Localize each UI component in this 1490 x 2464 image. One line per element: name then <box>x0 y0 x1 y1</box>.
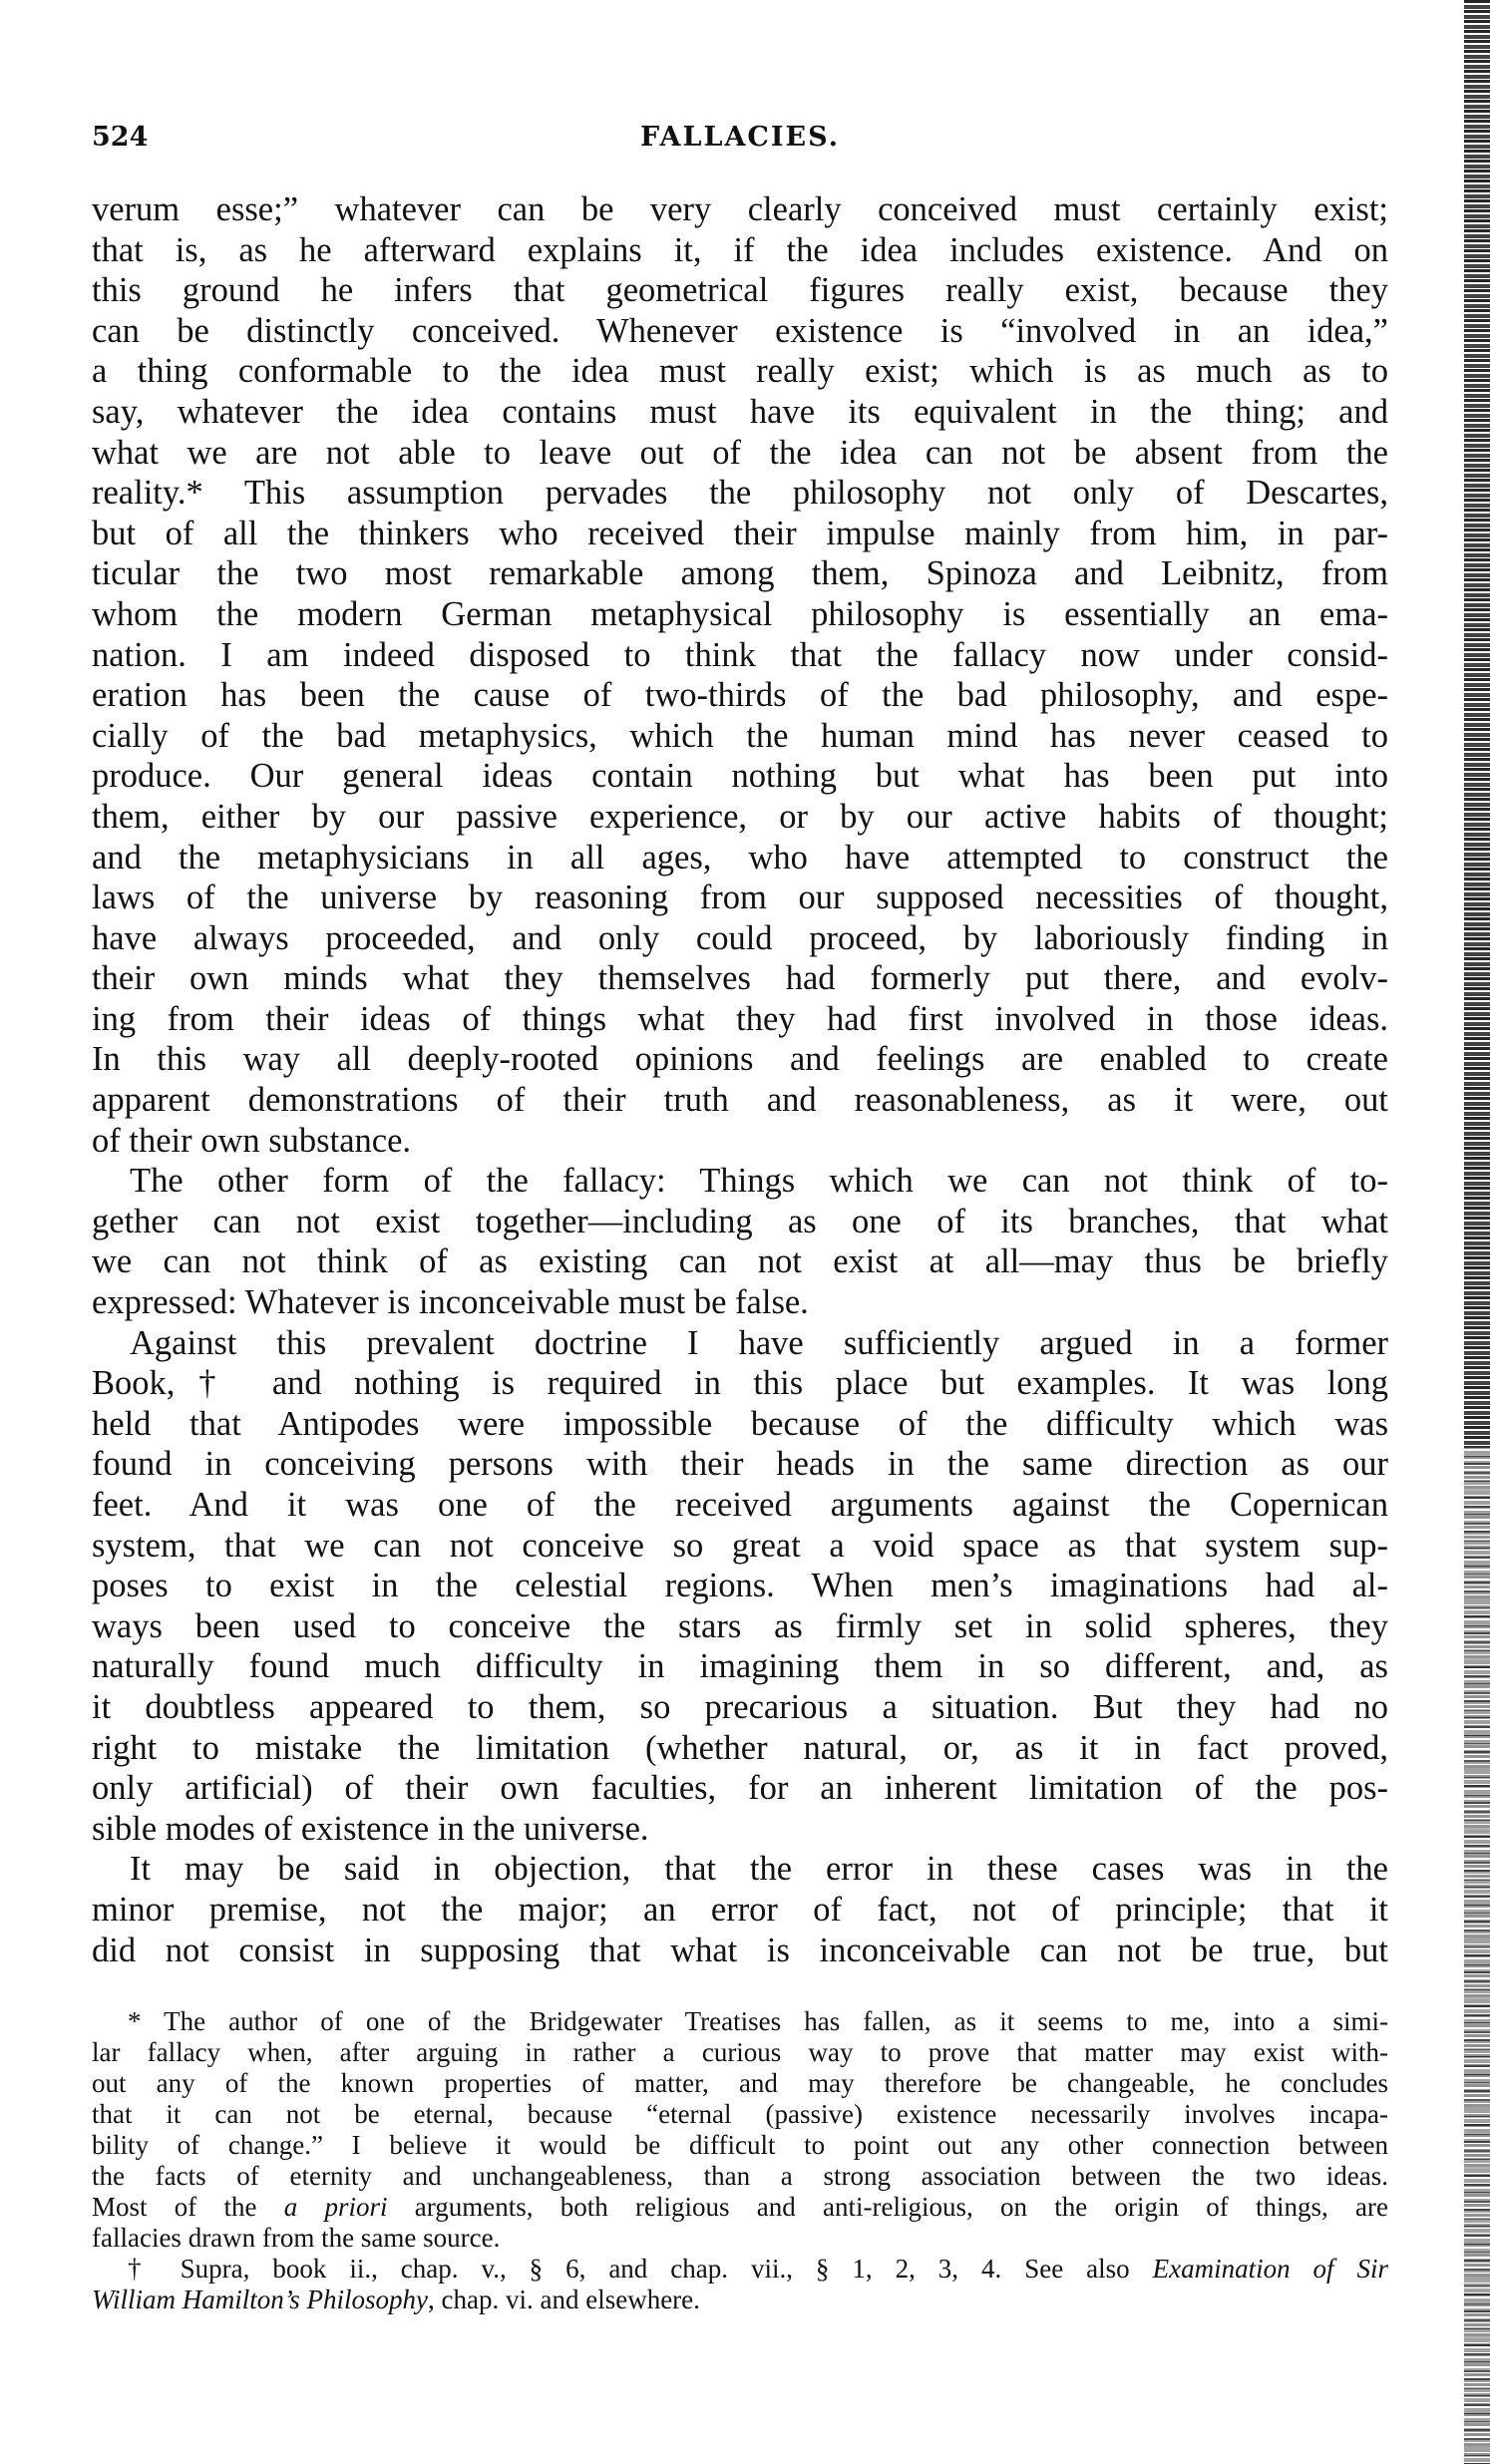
text-line: of their own substance. <box>92 1121 1388 1162</box>
text-line: system, that we can not conceive so grea… <box>92 1526 1388 1567</box>
footnote-dagger-line: † Supra, book ii., chap. v., § 6, and ch… <box>92 2254 1388 2285</box>
text-line: reality.* This assumption pervades the p… <box>92 473 1388 514</box>
italic-book-title: Examination of Sir <box>1153 2254 1388 2284</box>
text-line: whom the modern German metaphysical phil… <box>92 594 1388 635</box>
text-line: feet. And it was one of the received arg… <box>92 1485 1388 1526</box>
footnote-dagger-line: William Hamilton’s Philosophy, chap. vi.… <box>92 2285 1388 2315</box>
footnote-star-line: out any of the known properties of matte… <box>92 2068 1388 2099</box>
text-line: naturally found much difficulty in imagi… <box>92 1646 1388 1687</box>
text-line: held that Antipodes were impossible beca… <box>92 1404 1388 1445</box>
text-line: did not consist in supposing that what i… <box>92 1931 1388 1971</box>
running-head: 524 FALLACIES. <box>92 122 1388 162</box>
text-line: nation. I am indeed disposed to think th… <box>92 635 1388 676</box>
text-line: sible modes of existence in the universe… <box>92 1809 1388 1850</box>
paragraph-start: Against this prevalent doctrine I have s… <box>92 1323 1388 1364</box>
text-line: gether can not exist together—including … <box>92 1202 1388 1242</box>
paragraph-start: It may be said in objection, that the er… <box>92 1849 1388 1890</box>
text-line: found in conceiving persons with their h… <box>92 1444 1388 1485</box>
footnote-star-line: Most of the a priori arguments, both rel… <box>92 2192 1388 2223</box>
paragraph-start: The other form of the fallacy: Things wh… <box>92 1161 1388 1202</box>
text-line: eration has been the cause of two-thirds… <box>92 675 1388 716</box>
italic-a-priori: a priori <box>284 2192 388 2222</box>
text-line: what we are not able to leave out of the… <box>92 433 1388 474</box>
text-line: and the metaphysicians in all ages, who … <box>92 838 1388 879</box>
running-title: FALLACIES. <box>92 122 1388 153</box>
footnote-star-line: the facts of eternity and unchangeablene… <box>92 2161 1388 2192</box>
text-line: cially of the bad metaphysics, which the… <box>92 716 1388 757</box>
text-line: this ground he infers that geometrical f… <box>92 270 1388 311</box>
text-line: their own minds what they themselves had… <box>92 958 1388 999</box>
text-line: In this way all deeply-rooted opinions a… <box>92 1039 1388 1080</box>
text-line: minor premise, not the major; an error o… <box>92 1890 1388 1931</box>
text-line: produce. Our general ideas contain nothi… <box>92 756 1388 797</box>
text-line: right to mistake the limitation (whether… <box>92 1728 1388 1769</box>
text-line: laws of the universe by reasoning from o… <box>92 878 1388 918</box>
footnotes: * The author of one of the Bridgewater T… <box>92 2006 1388 2315</box>
body-text: verum esse;” whatever can be very clearl… <box>92 189 1388 1970</box>
book-page: 524 FALLACIES. verum esse;” whatever can… <box>0 0 1490 2464</box>
text-line: it doubtless appeared to them, so precar… <box>92 1687 1388 1728</box>
text-line: ways been used to conceive the stars as … <box>92 1606 1388 1647</box>
text-line: apparent demonstrations of their truth a… <box>92 1080 1388 1121</box>
text-line: can be distinctly conceived. Whenever ex… <box>92 311 1388 352</box>
text-line: say, whatever the idea contains must hav… <box>92 392 1388 433</box>
footnote-star-line: fallacies drawn from the same source. <box>92 2223 1388 2254</box>
text-line: ing from their ideas of things what they… <box>92 999 1388 1040</box>
scan-binding-edge-faded <box>1464 1446 1490 2464</box>
text-line: ticular the two most remarkable among th… <box>92 553 1388 594</box>
text-line: them, either by our passive experience, … <box>92 797 1388 838</box>
text-line: verum esse;” whatever can be very clearl… <box>92 189 1388 230</box>
text-line: a thing conformable to the idea must rea… <box>92 351 1388 392</box>
text-line: only artificial) of their own faculties,… <box>92 1768 1388 1809</box>
text-line: Book,† and nothing is required in this p… <box>92 1363 1388 1404</box>
footnote-star-line: lar fallacy when, after arguing in rathe… <box>92 2037 1388 2068</box>
footnote-star-line: bility of change.” I believe it would be… <box>92 2130 1388 2161</box>
italic-book-title: William Hamilton’s Philosophy <box>92 2285 428 2314</box>
text-line: that is, as he afterward explains it, if… <box>92 230 1388 271</box>
text-line: but of all the thinkers who received the… <box>92 514 1388 554</box>
text-line: we can not think of as existing can not … <box>92 1241 1388 1282</box>
text-line: poses to exist in the celestial regions.… <box>92 1566 1388 1606</box>
footnote-star-line: * The author of one of the Bridgewater T… <box>92 2006 1388 2037</box>
text-line: expressed: Whatever is inconceivable mus… <box>92 1282 1388 1323</box>
footnote-star-line: that it can not be eternal, because “ete… <box>92 2099 1388 2130</box>
text-line: have always proceeded, and only could pr… <box>92 918 1388 959</box>
